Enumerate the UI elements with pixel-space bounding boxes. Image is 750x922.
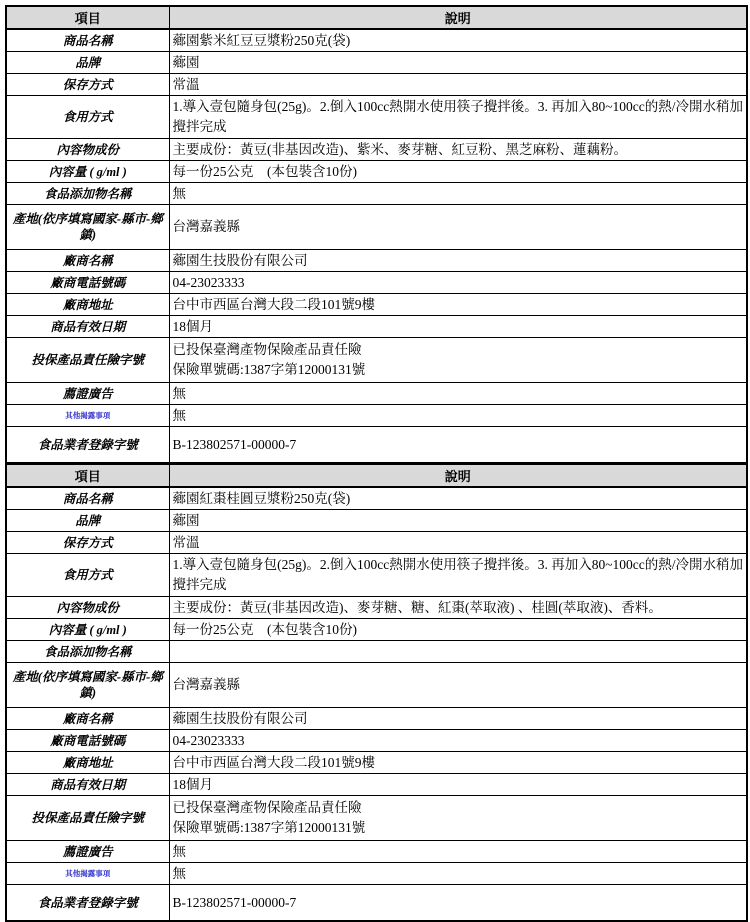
- row-registration-number: 食品業者登錄字號 B-123802571-00000-7: [6, 885, 747, 922]
- row-label: 產地(依序填寫國家-縣市-鄉鎮): [6, 663, 169, 708]
- row-shelf-life: 商品有效日期 18個月: [6, 316, 747, 338]
- row-manufacturer-name: 廠商名稱 薌園生技股份有限公司: [6, 250, 747, 272]
- row-value: 無: [169, 841, 747, 863]
- row-value: 薌園生技股份有限公司: [169, 250, 747, 272]
- row-label: 食品添加物名稱: [6, 183, 169, 205]
- header-description-label: 說明: [169, 6, 747, 29]
- row-net-content: 內容量 ( g/ml ) 每一份25公克 (本包裝含10份): [6, 161, 747, 183]
- row-value: 台中市西區台灣大段二段101號9樓: [169, 752, 747, 774]
- row-liability-insurance: 投保產品責任險字號 已投保臺灣產物保險產品責任險 保險單號碼:1387字第120…: [6, 796, 747, 841]
- row-food-additives: 食品添加物名稱 無: [6, 183, 747, 205]
- row-value: 台中市西區台灣大段二段101號9樓: [169, 294, 747, 316]
- product-info-document: 項目 說明 商品名稱 薌園紫米紅豆豆漿粉250克(袋) 品牌 薌園 保存方式 常…: [0, 0, 750, 922]
- header-item-label: 項目: [6, 464, 169, 487]
- product-table-2: 項目 說明 商品名稱 薌園紅棗桂圓豆漿粉250克(袋) 品牌 薌園 保存方式 常…: [5, 463, 748, 922]
- row-value: 已投保臺灣產物保險產品責任險 保險單號碼:1387字第12000131號: [169, 796, 747, 841]
- header-description-label: 說明: [169, 464, 747, 487]
- row-shelf-life: 商品有效日期 18個月: [6, 774, 747, 796]
- row-value: 18個月: [169, 774, 747, 796]
- row-value: B-123802571-00000-7: [169, 427, 747, 464]
- row-registration-number: 食品業者登錄字號 B-123802571-00000-7: [6, 427, 747, 464]
- row-label: 商品名稱: [6, 487, 169, 510]
- table-header-row: 項目 說明: [6, 6, 747, 29]
- row-ingredients: 內容物成份 主要成份：黃豆(非基因改造)、紫米、麥芽糖、紅豆粉、黑芝麻粉、蓮藕粉…: [6, 139, 747, 161]
- row-value: 薌園: [169, 52, 747, 74]
- row-label: 內容物成份: [6, 139, 169, 161]
- row-label: 商品有效日期: [6, 316, 169, 338]
- row-product-name: 商品名稱 薌園紅棗桂圓豆漿粉250克(袋): [6, 487, 747, 510]
- row-value: 常溫: [169, 532, 747, 554]
- row-manufacturer-name: 廠商名稱 薌園生技股份有限公司: [6, 708, 747, 730]
- row-value: 無: [169, 183, 747, 205]
- table-header-row: 項目 說明: [6, 464, 747, 487]
- row-label: 商品名稱: [6, 29, 169, 52]
- row-label: 內容量 ( g/ml ): [6, 161, 169, 183]
- row-brand: 品牌 薌園: [6, 52, 747, 74]
- row-label: 其他揭露事項: [6, 405, 169, 427]
- row-value: 無: [169, 863, 747, 885]
- row-label: 內容量 ( g/ml ): [6, 619, 169, 641]
- row-origin: 產地(依序填寫國家-縣市-鄉鎮) 台灣嘉義縣: [6, 663, 747, 708]
- row-value: 台灣嘉義縣: [169, 205, 747, 250]
- row-value: B-123802571-00000-7: [169, 885, 747, 922]
- row-value: 04-23023333: [169, 730, 747, 752]
- row-label: 廠商名稱: [6, 708, 169, 730]
- row-other-disclosure: 其他揭露事項 無: [6, 863, 747, 885]
- row-value: 無: [169, 383, 747, 405]
- row-value: 04-23023333: [169, 272, 747, 294]
- row-ingredients: 內容物成份 主要成份：黃豆(非基因改造)、麥芽糖、糖、紅棗(萃取液) 、桂圓(萃…: [6, 597, 747, 619]
- row-label: 投保產品責任險字號: [6, 796, 169, 841]
- row-label: 廠商地址: [6, 752, 169, 774]
- row-value: 每一份25公克 (本包裝含10份): [169, 161, 747, 183]
- row-manufacturer-phone: 廠商電話號碼 04-23023333: [6, 730, 747, 752]
- row-value: 已投保臺灣產物保險產品責任險 保險單號碼:1387字第12000131號: [169, 338, 747, 383]
- row-value: 18個月: [169, 316, 747, 338]
- row-manufacturer-phone: 廠商電話號碼 04-23023333: [6, 272, 747, 294]
- row-endorsement-ad: 薦證廣告 無: [6, 841, 747, 863]
- row-label: 食品添加物名稱: [6, 641, 169, 663]
- row-label: 食用方式: [6, 554, 169, 597]
- row-label: 品牌: [6, 510, 169, 532]
- row-liability-insurance: 投保產品責任險字號 已投保臺灣產物保險產品責任險 保險單號碼:1387字第120…: [6, 338, 747, 383]
- row-product-name: 商品名稱 薌園紫米紅豆豆漿粉250克(袋): [6, 29, 747, 52]
- row-origin: 產地(依序填寫國家-縣市-鄉鎮) 台灣嘉義縣: [6, 205, 747, 250]
- row-value: 台灣嘉義縣: [169, 663, 747, 708]
- row-value: 常溫: [169, 74, 747, 96]
- row-label: 廠商電話號碼: [6, 272, 169, 294]
- row-label: 廠商地址: [6, 294, 169, 316]
- row-value: 1.導入壹包隨身包(25g)。2.倒入100cc熱開水使用筷子攪拌後。3. 再加…: [169, 96, 747, 139]
- row-value: 主要成份：黃豆(非基因改造)、紫米、麥芽糖、紅豆粉、黑芝麻粉、蓮藕粉。: [169, 139, 747, 161]
- row-value: 主要成份：黃豆(非基因改造)、麥芽糖、糖、紅棗(萃取液) 、桂圓(萃取液)、香料…: [169, 597, 747, 619]
- row-label: 投保產品責任險字號: [6, 338, 169, 383]
- row-storage-method: 保存方式 常溫: [6, 74, 747, 96]
- row-manufacturer-address: 廠商地址 台中市西區台灣大段二段101號9樓: [6, 294, 747, 316]
- row-net-content: 內容量 ( g/ml ) 每一份25公克 (本包裝含10份): [6, 619, 747, 641]
- row-usage-instructions: 食用方式 1.導入壹包隨身包(25g)。2.倒入100cc熱開水使用筷子攪拌後。…: [6, 96, 747, 139]
- row-storage-method: 保存方式 常溫: [6, 532, 747, 554]
- row-brand: 品牌 薌園: [6, 510, 747, 532]
- row-food-additives: 食品添加物名稱: [6, 641, 747, 663]
- row-label: 食用方式: [6, 96, 169, 139]
- row-value: [169, 641, 747, 663]
- row-usage-instructions: 食用方式 1.導入壹包隨身包(25g)。2.倒入100cc熱開水使用筷子攪拌後。…: [6, 554, 747, 597]
- row-value: 薌園生技股份有限公司: [169, 708, 747, 730]
- row-label: 薦證廣告: [6, 383, 169, 405]
- product-table-1: 項目 說明 商品名稱 薌園紫米紅豆豆漿粉250克(袋) 品牌 薌園 保存方式 常…: [5, 5, 748, 464]
- row-value: 薌園: [169, 510, 747, 532]
- row-value: 1.導入壹包隨身包(25g)。2.倒入100cc熱開水使用筷子攪拌後。3. 再加…: [169, 554, 747, 597]
- header-item-label: 項目: [6, 6, 169, 29]
- row-label: 食品業者登錄字號: [6, 885, 169, 922]
- row-label: 薦證廣告: [6, 841, 169, 863]
- row-value: 每一份25公克 (本包裝含10份): [169, 619, 747, 641]
- row-label: 廠商名稱: [6, 250, 169, 272]
- row-label: 品牌: [6, 52, 169, 74]
- row-label: 其他揭露事項: [6, 863, 169, 885]
- row-label: 產地(依序填寫國家-縣市-鄉鎮): [6, 205, 169, 250]
- row-label: 保存方式: [6, 74, 169, 96]
- row-endorsement-ad: 薦證廣告 無: [6, 383, 747, 405]
- row-value: 無: [169, 405, 747, 427]
- row-label: 內容物成份: [6, 597, 169, 619]
- row-label: 廠商電話號碼: [6, 730, 169, 752]
- row-manufacturer-address: 廠商地址 台中市西區台灣大段二段101號9樓: [6, 752, 747, 774]
- row-label: 食品業者登錄字號: [6, 427, 169, 464]
- row-value: 薌園紫米紅豆豆漿粉250克(袋): [169, 29, 747, 52]
- row-value: 薌園紅棗桂圓豆漿粉250克(袋): [169, 487, 747, 510]
- row-other-disclosure: 其他揭露事項 無: [6, 405, 747, 427]
- row-label: 保存方式: [6, 532, 169, 554]
- row-label: 商品有效日期: [6, 774, 169, 796]
